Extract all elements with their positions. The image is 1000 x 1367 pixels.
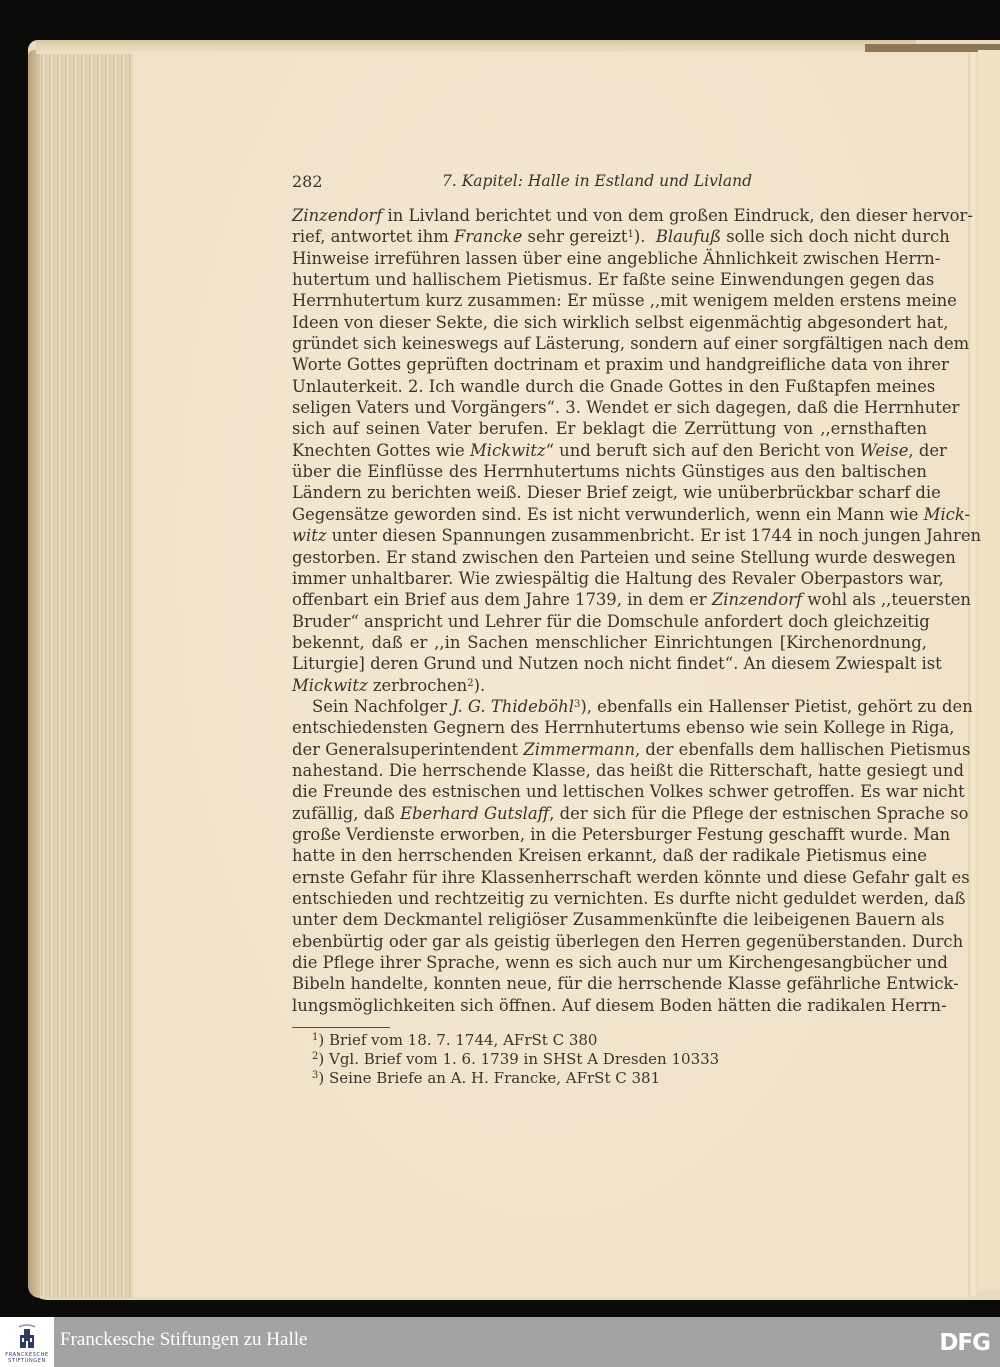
text-line: ebenbürtig oder gar als geistig überlege… [292,931,927,952]
footnote-text: ) Seine Briefe an A. H. Francke, AFrSt C… [318,1069,660,1087]
footnote-text: ) Vgl. Brief vom 1. 6. 1739 in SHSt A Dr… [318,1050,719,1068]
text-line: Ländern zu berichten weiß. Dieser Brief … [292,482,927,503]
text-line: gründet sich keineswegs auf Lästerung, s… [292,333,927,354]
text-line: rief, antwortet ihm Francke sehr gereizt… [292,226,927,247]
franckesche-logo[interactable]: FRANCKESCHE STIFTUNGEN [0,1317,54,1367]
text-line: Worte Gottes geprüften doctrinam et prax… [292,354,927,375]
text-line: entschiedensten Gegnern des Herrnhutertu… [292,717,927,738]
text-line: hutertum und hallischem Pietismus. Er fa… [292,269,927,290]
text-line: gestorben. Er stand zwischen den Parteie… [292,547,927,568]
text-line: Knechten Gottes wie Mickwitz“ und beruft… [292,440,927,461]
page-number: 282 [292,172,323,191]
text-line: immer unhaltbarer. Wie zwiespältig die H… [292,568,927,589]
text-line: entschieden und rechtzeitig zu vernichte… [292,888,927,909]
text-line: über die Einflüsse des Herrnhutertums ni… [292,461,927,482]
text-line: bekennt, daß er ,,in Sachen menschlicher… [292,632,927,653]
logo-caption-line2: STIFTUNGEN [8,1358,46,1364]
text-line: Unlauterkeit. 2. Ich wandle durch die Gn… [292,376,927,397]
text-line: unter dem Deckmantel religiöser Zusammen… [292,909,927,930]
text-line: Mickwitz zerbrochen2). [292,675,927,696]
scan-background: 282 7. Kapitel: Halle in Estland und Liv… [0,0,1000,1317]
footnote-item: 2) Vgl. Brief vom 1. 6. 1739 in SHSt A D… [312,1050,719,1069]
footnote-text: ) Brief vom 18. 7. 1744, AFrSt C 380 [318,1031,597,1049]
text-line: nahestand. Die herrschende Klasse, das h… [292,760,927,781]
footnote-rule [292,1027,390,1028]
footnotes: 1) Brief vom 18. 7. 1744, AFrSt C 3802) … [312,1031,719,1088]
text-line: Ideen von dieser Sekte, die sich wirklic… [292,312,927,333]
footnote-item: 1) Brief vom 18. 7. 1744, AFrSt C 380 [312,1031,719,1050]
text-line: der Generalsuperintendent Zimmermann, de… [292,739,927,760]
text-line: die Freunde des estnischen und lettische… [292,781,927,802]
text-line: Zinzendorf in Livland berichtet und von … [292,205,927,226]
footer-title: Franckesche Stiftungen zu Halle [60,1329,307,1351]
text-line: Herrnhutertum kurz zusammen: Er müsse ,,… [292,290,927,311]
text-line: Sein Nachfolger J. G. Thideböhl3), ebenf… [292,696,927,717]
running-head: 282 7. Kapitel: Halle in Estland und Liv… [292,172,752,196]
page-edges [30,50,135,1298]
text-line: große Verdienste erworben, in die Peters… [292,824,927,845]
facing-page-edge [978,50,1000,1290]
text-line: die Pflege ihrer Sprache, wenn es sich a… [292,952,927,973]
text-line: hatte in den herrschenden Kreisen erkann… [292,845,927,866]
text-line: offenbart ein Brief aus dem Jahre 1739, … [292,589,927,610]
text-line: Bibeln handelte, konnten neue, für die h… [292,973,927,994]
text-line: ernste Gefahr für ihre Klassenherrschaft… [292,867,927,888]
text-line: witz unter diesen Spannungen zusammenbri… [292,525,927,546]
footnote-item: 3) Seine Briefe an A. H. Francke, AFrSt … [312,1069,719,1088]
footer-bar: FRANCKESCHE STIFTUNGEN Franckesche Stift… [0,1317,1000,1367]
foundation-building-icon [16,1323,38,1349]
dfg-logo[interactable]: DFG [939,1330,990,1356]
text-line: Bruder“ anspricht und Lehrer für die Dom… [292,611,927,632]
text-line: sich auf seinen Vater berufen. Er beklag… [292,418,927,439]
text-line: Liturgie] deren Grund und Nutzen noch ni… [292,653,927,674]
text-line: lungsmöglichkeiten sich öffnen. Auf dies… [292,995,927,1016]
body-text: Zinzendorf in Livland berichtet und von … [292,205,927,1016]
text-line: Gegensätze geworden sind. Es ist nicht v… [292,504,927,525]
chapter-title: 7. Kapitel: Halle in Estland und Livland [442,172,752,190]
text-line: seligen Vaters und Vorgängers“. 3. Wende… [292,397,927,418]
text-line: zufällig, daß Eberhard Gutslaff, der sic… [292,803,927,824]
text-line: Hinweise irreführen lassen über eine ang… [292,248,927,269]
logo-caption: FRANCKESCHE STIFTUNGEN [0,1352,54,1364]
gutter [968,52,978,1295]
